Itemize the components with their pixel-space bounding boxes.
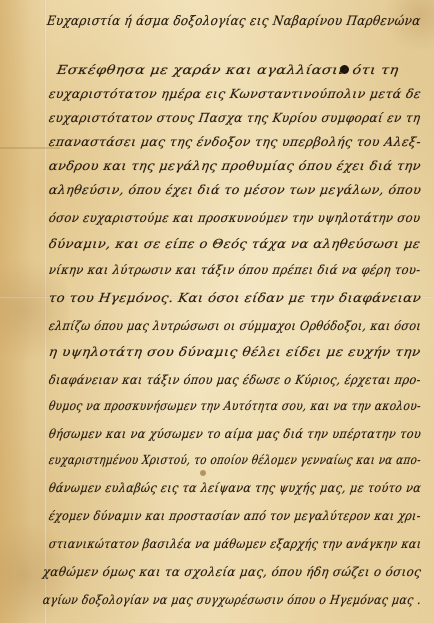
letter-heading: Ευχαριστία ή άσμα δοξολογίας εις Ναβαρίν… <box>46 14 422 29</box>
manuscript-line: ευχαριστότατον στους Πασχα της Κυρίου συ… <box>48 110 422 125</box>
manuscript-line: στιανικώτατον βασιλέα να μάθωμεν εξαρχής… <box>48 536 423 551</box>
manuscript-line: ελπίζω όπου μας λυτρώσωσι οι σύμμαχοι Ορ… <box>48 318 422 333</box>
manuscript-line: χαθώμεν όμως και τα σχολεία μας, όπου ήδ… <box>42 564 422 579</box>
manuscript-page: Ευχαριστία ή άσμα δοξολογίας εις Ναβαρίν… <box>0 0 434 623</box>
manuscript-line: επαναστάσει μας της ένδοξον της υπερβολή… <box>48 134 422 149</box>
manuscript-line: θυμος να προσκυνήσωμεν την Αυτότητα σου,… <box>48 398 422 413</box>
manuscript-line: το του Ηγεμόνος. Και όσοι είδαν με την δ… <box>48 290 422 305</box>
manuscript-line: ευχαριστότατον ημέρα εις Κωνσταντινούπολ… <box>48 86 422 101</box>
manuscript-line: ανδρου και της μεγάλης προθυμίας όπου έχ… <box>48 158 422 173</box>
manuscript-line: θήσωμεν και να χύσωμεν το αίμα μας διά τ… <box>48 426 422 441</box>
handwritten-text: Ευχαριστία ή άσμα δοξολογίας εις Ναβαρίν… <box>0 0 434 623</box>
manuscript-line: όσον ευχαριστούμε και προσκυνούμεν την υ… <box>48 210 422 225</box>
manuscript-line: η υψηλοτάτη σου δύναμις θέλει είδει με ε… <box>48 344 422 359</box>
manuscript-line: αληθεύσιν, όπου έχει διά το μέσον των με… <box>48 182 423 197</box>
manuscript-line: θάνωμεν ευλαβώς εις τα λείψανα της ψυχής… <box>48 480 422 495</box>
manuscript-line: αγίων δοξολογίαν να μας συγχωρέσωσιν όπο… <box>42 592 422 607</box>
manuscript-line: ευχαριστημένου Χριστού, το οποίον θέλομε… <box>48 452 422 467</box>
manuscript-line: Εσκέφθησα με χαράν και αγαλλίασιν ότι τη <box>56 62 400 77</box>
manuscript-line: έχομεν δύναμιν και προστασίαν από τον με… <box>48 508 422 523</box>
manuscript-line: διαφάνειαν και τάξιν όπου μας έδωσε ο Κύ… <box>48 372 422 387</box>
manuscript-line: δύναμιν, και σε είπε ο Θεός τάχα να αληθ… <box>48 236 422 251</box>
manuscript-line: νίκην και λύτρωσιν και τάξιν όπου πρέπει… <box>48 262 422 277</box>
